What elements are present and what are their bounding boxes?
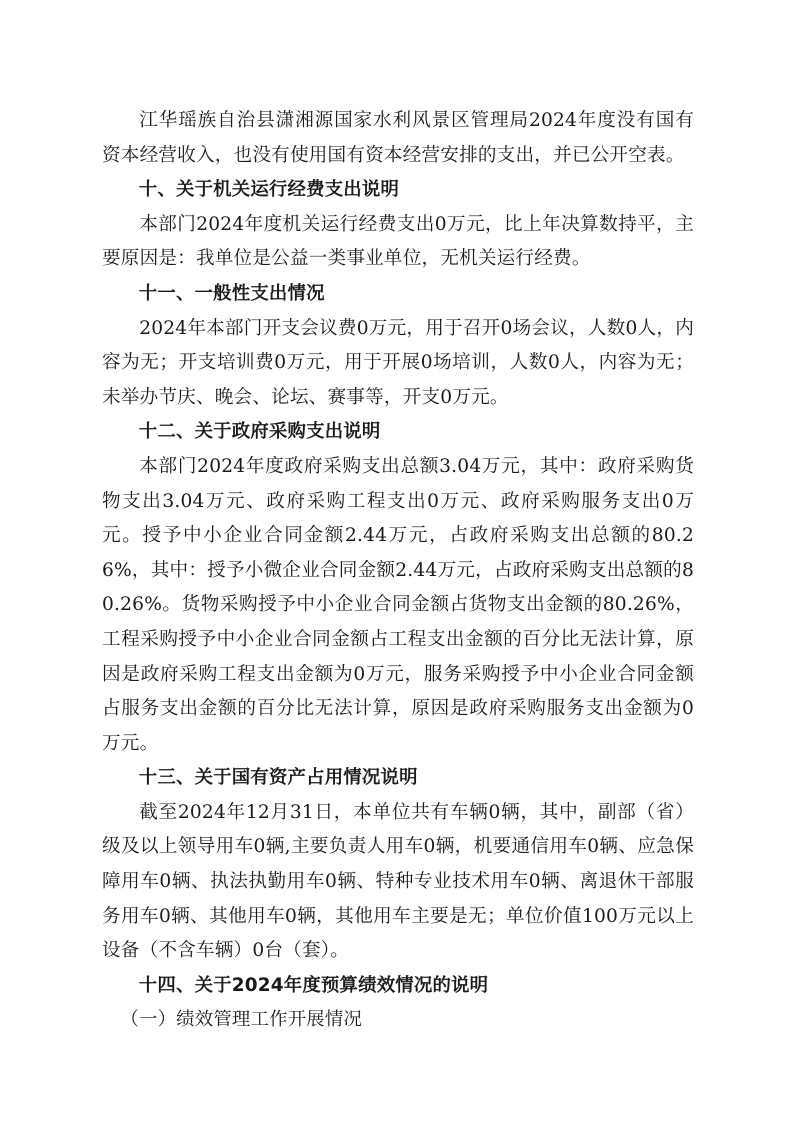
- paragraph-procurement: 本部门2024年度政府采购支出总额3.04万元，其中：政府采购货物支出3.04万…: [102, 450, 694, 761]
- paragraph-general-expenses: 2024年本部门开支会议费0万元，用于召开0场会议，人数0人，内容为无；开支培训…: [102, 312, 694, 416]
- paragraph-state-assets: 截至2024年12月31日，本单位共有车辆0辆，其中，副部（省）级及以上领导用车…: [102, 796, 694, 969]
- heading-section-11: 十一、一般性支出情况: [102, 277, 694, 312]
- subheading-performance-management: （一）绩效管理工作开展情况: [102, 1003, 694, 1038]
- heading-section-12: 十二、关于政府采购支出说明: [102, 415, 694, 450]
- document-page: 江华瑶族自治县潇湘源国家水利风景区管理局2024年度没有国有资本经营收入，也没有…: [102, 104, 694, 1038]
- heading-section-14: 十四、关于2024年度预算绩效情况的说明: [102, 969, 694, 1004]
- heading-section-10: 十、关于机关运行经费支出说明: [102, 173, 694, 208]
- paragraph-state-capital-budget: 江华瑶族自治县潇湘源国家水利风景区管理局2024年度没有国有资本经营收入，也没有…: [102, 104, 694, 173]
- paragraph-operating-expenses: 本部门2024年度机关运行经费支出0万元，比上年决算数持平，主要原因是：我单位是…: [102, 208, 694, 277]
- heading-section-13: 十三、关于国有资产占用情况说明: [102, 761, 694, 796]
